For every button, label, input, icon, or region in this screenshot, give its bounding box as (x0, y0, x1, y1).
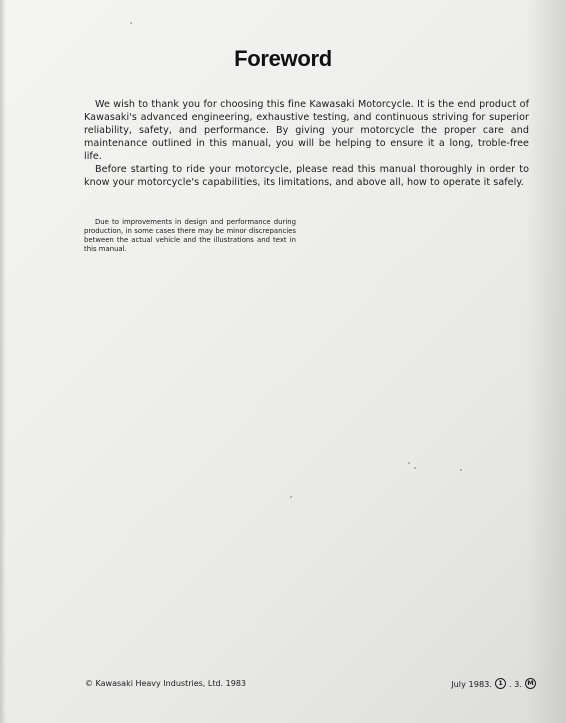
edition-code: . 3. (509, 679, 522, 689)
production-note-text: Due to improvements in design and perfor… (84, 218, 296, 254)
print-date-code: July 1983. 1 . 3. M (451, 678, 536, 689)
foreword-paragraph: We wish to thank you for choosing this f… (84, 98, 529, 163)
circled-letter-mark: M (525, 678, 536, 689)
page-binding-edge (0, 0, 6, 723)
foreword-paragraph: Before starting to ride your motorcycle,… (84, 163, 529, 189)
paper-speck (130, 22, 132, 24)
print-date: July 1983. (451, 679, 492, 689)
production-note: Due to improvements in design and perfor… (84, 218, 296, 254)
manual-page: Foreword We wish to thank you for choosi… (0, 0, 566, 723)
paper-speck (408, 462, 410, 464)
paper-speck (290, 496, 292, 498)
page-shadow (526, 0, 566, 723)
paper-speck (414, 467, 416, 469)
copyright-notice: © Kawasaki Heavy Industries, Ltd. 1983 (85, 679, 246, 688)
circled-number-mark: 1 (495, 678, 506, 689)
paper-speck (460, 469, 462, 471)
foreword-body: We wish to thank you for choosing this f… (84, 98, 529, 189)
page-title: Foreword (0, 46, 566, 72)
